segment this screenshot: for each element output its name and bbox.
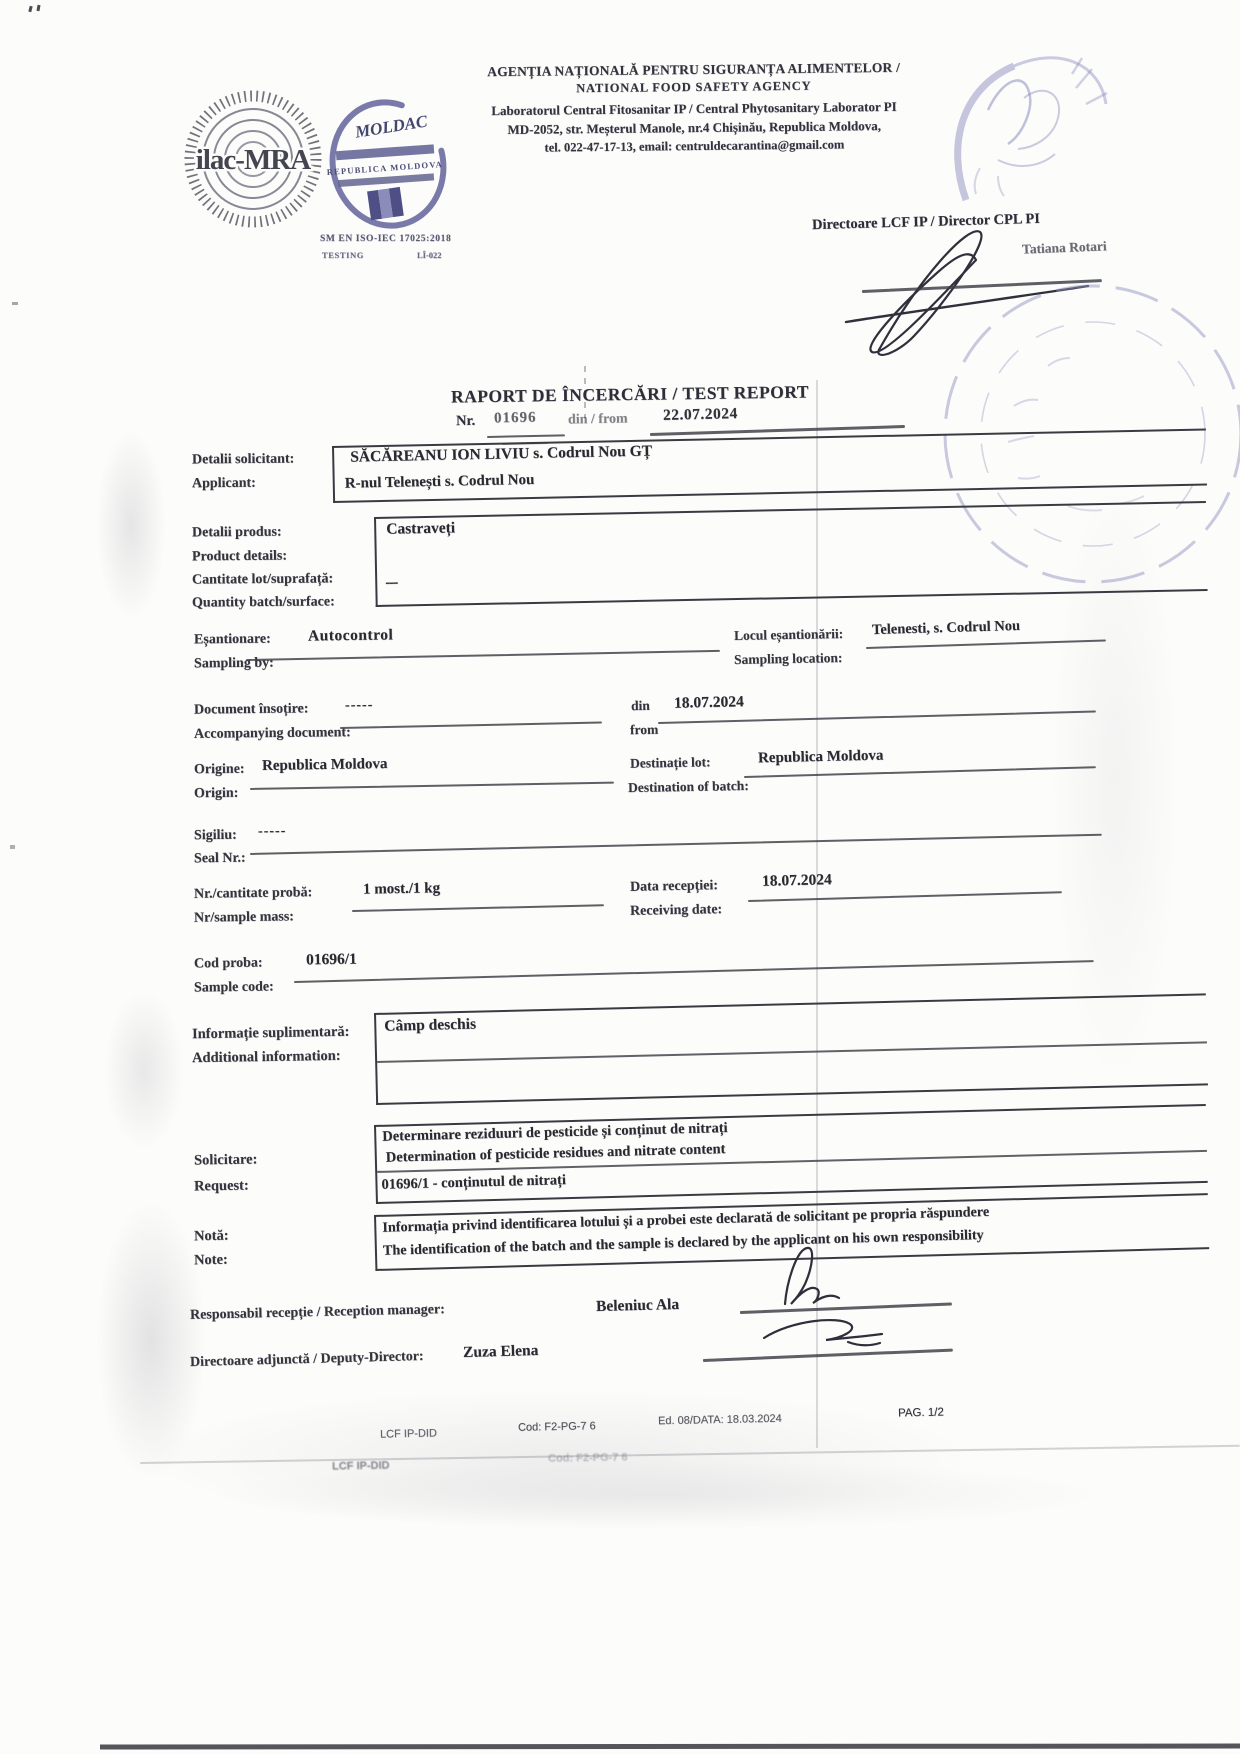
additional-info-divider — [377, 1041, 1207, 1063]
footer-edition: Ed. 08/DATA: 18.03.2024 — [658, 1413, 782, 1428]
lab-name: Laboratorul Central Fitosanitar IP / Cen… — [448, 98, 940, 119]
ilac-mra-logo-text: ilac-MRA — [196, 144, 311, 176]
note-label-ro: Notă: — [194, 1228, 229, 1246]
lab-contact: tel. 022-47-17-13, email: centruldecaran… — [448, 136, 940, 156]
request-line-3: 01696/1 - conținutul de nitrați — [381, 1172, 566, 1194]
deputy-signature — [752, 1312, 902, 1354]
scan-speck — [37, 5, 41, 11]
reception-manager-name: Beleniuc Ala — [596, 1296, 680, 1316]
receiving-date-underline — [748, 891, 1062, 902]
footer-dept: LCF IP-DID — [380, 1427, 437, 1440]
sample-code-label-en: Sample code: — [194, 979, 274, 996]
date-underline — [650, 425, 905, 436]
scan-speck — [28, 6, 32, 13]
scan-smudge — [96, 430, 166, 620]
scan-edge-bar — [100, 1744, 1240, 1750]
accompanying-doc-label-ro: Document însoțire: — [194, 701, 309, 718]
sampling-location-label-ro: Locul eșantionării: — [734, 626, 843, 644]
accompanying-doc-label-en: Accompanying document: — [194, 725, 351, 743]
origin-label-ro: Origine: — [194, 762, 245, 779]
nr-underline — [487, 434, 565, 438]
deputy-director-label: Directoare adjunctă / Deputy-Director: — [190, 1349, 424, 1371]
seal-underline — [250, 834, 1102, 855]
agency-name-en: NATIONAL FOOD SAFETY AGENCY — [448, 77, 940, 97]
lab-address: MD-2052, str. Meșterul Manole, nr.4 Chiș… — [448, 117, 940, 138]
product-label-ro: Detalii produs: — [192, 525, 282, 542]
footer-bleed-line — [140, 1445, 1240, 1464]
additional-info-label-en: Additional information: — [192, 1048, 341, 1067]
footer-bleed-dept: LCF IP-DID — [332, 1459, 390, 1472]
applicant-label-en: Applicant: — [192, 476, 256, 493]
deputy-director-name: Zuza Elena — [463, 1342, 539, 1362]
report-date: 22.07.2024 — [663, 405, 738, 425]
sampling-location-value: Telenesti, s. Codrul Nou — [872, 618, 1021, 639]
additional-info-value: Câmp deschis — [384, 1016, 476, 1036]
sample-qty-underline — [352, 904, 604, 912]
sample-code-value: 01696/1 — [306, 951, 357, 970]
reception-manager-label: Responsabil recepție / Reception manager… — [190, 1302, 445, 1324]
ilac-mra-logo: ilac-MRA — [182, 88, 324, 230]
footer-page: PAG. 1/2 — [898, 1407, 944, 1420]
sampling-value: Autocontrol — [308, 626, 394, 645]
accompanying-doc-underline — [340, 722, 602, 729]
sampling-underline — [246, 650, 720, 661]
product-value: Castraveți — [386, 519, 455, 538]
sample-code-label-ro: Cod proba: — [194, 956, 263, 973]
seal-label-en: Seal Nr.: — [194, 851, 246, 868]
report-title: RAPORT DE ÎNCERCĂRI / TEST REPORT — [430, 381, 830, 408]
report-nr-label: Nr. — [456, 413, 475, 430]
cert-number: LÎ-022 — [417, 250, 442, 260]
sample-qty-label-en: Nr/sample mass: — [194, 909, 294, 926]
sample-qty-value: 1 most./1 kg — [363, 880, 440, 898]
quantity-label-ro: Cantitate lot/suprafață: — [192, 571, 333, 588]
doc-date-label-en: from — [630, 722, 659, 738]
crest-stamp — [928, 48, 1113, 213]
product-box: Castraveți --- — [374, 501, 1208, 607]
origin-value: Republica Moldova — [262, 756, 388, 775]
scan-smudge — [104, 990, 184, 1150]
receiving-date-label-en: Receiving date: — [630, 902, 722, 920]
seal-label-ro: Sigiliu: — [194, 828, 237, 845]
doc-date-label-ro: din — [631, 698, 650, 714]
doc-date-value: 18.07.2024 — [674, 693, 744, 712]
doc-date-underline — [658, 711, 1096, 724]
report-din-label: din / from — [568, 411, 628, 428]
destination-underline — [744, 766, 1096, 778]
moldova-flag-icon — [367, 187, 404, 220]
applicant-address: R-nul Telenești s. Codrul Nou — [345, 472, 535, 493]
additional-info-label-ro: Informație suplimentară: — [192, 1024, 350, 1043]
product-label-en: Product details: — [192, 549, 287, 566]
footer-bleed-code: Cod: F2-PG-7 6 — [548, 1451, 628, 1464]
sample-qty-label-ro: Nr./cantitate probă: — [194, 885, 312, 903]
test-report-page: ilac-MRA MOLDAC REPUBLICA MOLDOVA SM EN … — [0, 0, 1240, 1754]
moldac-logo-text: MOLDAC — [353, 111, 429, 141]
scan-smudge — [96, 1200, 206, 1480]
testing-label: TESTING — [322, 250, 364, 260]
receiving-date-value: 18.07.2024 — [762, 871, 832, 891]
destination-label-en: Destination of batch: — [628, 778, 749, 796]
moldac-logo: MOLDAC REPUBLICA MOLDOVA — [322, 92, 454, 242]
origin-label-en: Origin: — [194, 786, 239, 802]
sample-code-underline — [294, 960, 1094, 983]
applicant-name: SĂCĂREANU ION LIVIU s. Codrul Nou GȚ — [350, 443, 652, 467]
scan-speck — [10, 845, 15, 849]
note-label-en: Note: — [194, 1252, 228, 1270]
agency-header: AGENȚIA NAȚIONALĂ PENTRU SIGURANȚA ALIME… — [448, 59, 941, 156]
scan-speck — [12, 302, 18, 305]
iso-standard-text: SM EN ISO-IEC 17025:2018 — [320, 234, 451, 244]
request-label-en: Request: — [194, 1178, 249, 1196]
request-label-ro: Solicitare: — [194, 1151, 258, 1169]
origin-underline — [250, 782, 614, 790]
additional-info-box: Câmp deschis — [374, 993, 1208, 1105]
seal-value: ----- — [258, 824, 287, 840]
destination-label-ro: Destinație lot: — [630, 754, 711, 771]
receiving-date-label-ro: Data recepției: — [630, 878, 718, 896]
sampling-location-underline — [866, 639, 1106, 649]
request-box: Determinare reziduuri de pesticide și co… — [374, 1104, 1208, 1204]
sampling-location-label-en: Sampling location: — [734, 650, 843, 668]
sampling-label-ro: Eșantionare: — [194, 632, 271, 649]
applicant-label-ro: Detalii solicitant: — [192, 452, 294, 469]
footer-code: Cod: F2-PG-7 6 — [518, 1420, 596, 1434]
accompanying-doc-value: ----- — [345, 698, 374, 714]
report-nr-value: 01696 — [494, 410, 537, 428]
destination-value: Republica Moldova — [758, 748, 884, 768]
quantity-value: --- — [385, 575, 397, 592]
quantity-label-en: Quantity batch/surface: — [192, 594, 335, 611]
